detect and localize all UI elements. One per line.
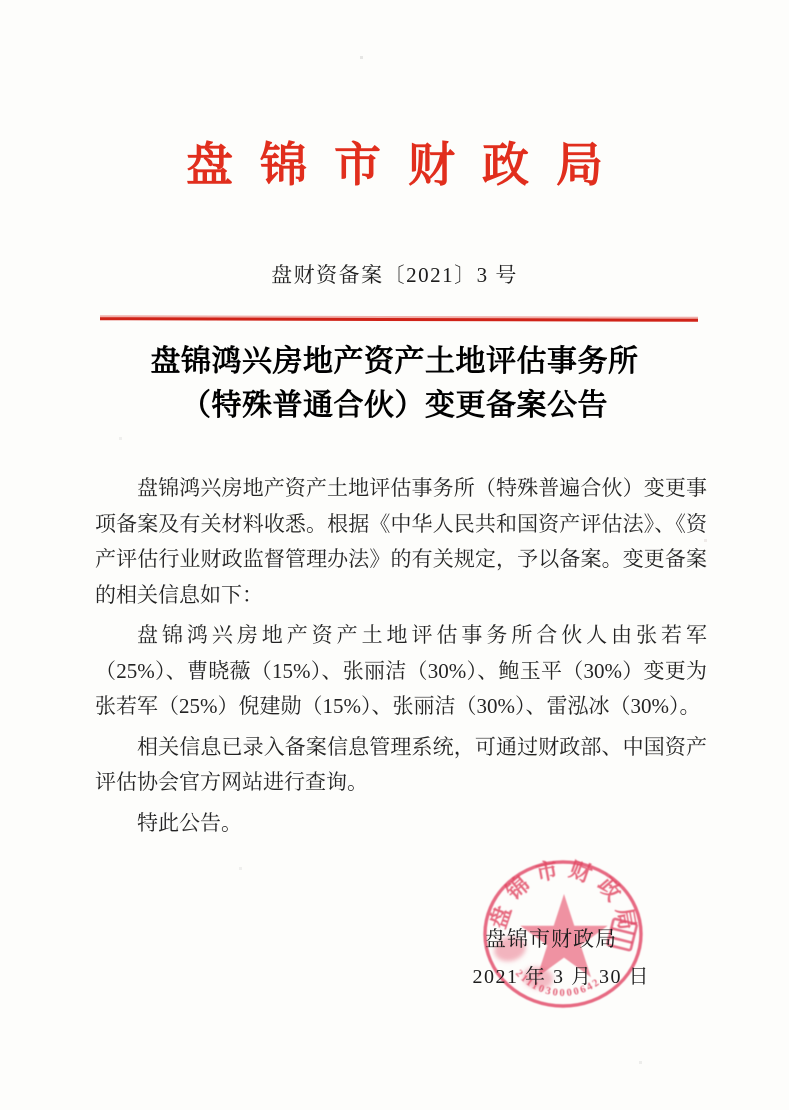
announcement-title: 盘锦鸿兴房地产资产土地评估事务所 （特殊普通合伙）变更备案公告	[0, 340, 789, 428]
document-body: 盘锦鸿兴房地产资产土地评估事务所（特殊普遍合伙）变更事项备案及有关材料收悉。根据…	[95, 471, 707, 841]
body-paragraph-closing: 特此公告。	[95, 806, 707, 842]
doc-number: 盘财资备案〔2021〕3 号	[0, 259, 789, 289]
red-divider-line	[100, 317, 698, 322]
document-page: 盘锦市财政局 盘财资备案〔2021〕3 号 盘锦鸿兴房地产资产土地评估事务所 （…	[0, 0, 789, 1110]
agency-masthead: 盘锦市财政局	[0, 128, 789, 195]
body-paragraph-3: 相关信息已录入备案信息管理系统，可通过财政部、中国资产评估协会官方网站进行查询。	[95, 730, 707, 801]
body-paragraph-2: 盘锦鸿兴房地产资产土地评估事务所合伙人由张若军（25%）、曹晓薇（15%）、张丽…	[95, 618, 707, 725]
announcement-title-line2: （特殊普通合伙）变更备案公告	[0, 384, 789, 428]
announcement-title-line1: 盘锦鸿兴房地产资产土地评估事务所	[0, 340, 789, 384]
signature-agency: 盘锦市财政局	[485, 923, 617, 953]
scan-noise	[0, 0, 1, 1]
body-paragraph-1: 盘锦鸿兴房地产资产土地评估事务所（特殊普遍合伙）变更事项备案及有关材料收悉。根据…	[95, 471, 707, 613]
signature-date: 2021 年 3 月 30 日	[473, 960, 651, 989]
